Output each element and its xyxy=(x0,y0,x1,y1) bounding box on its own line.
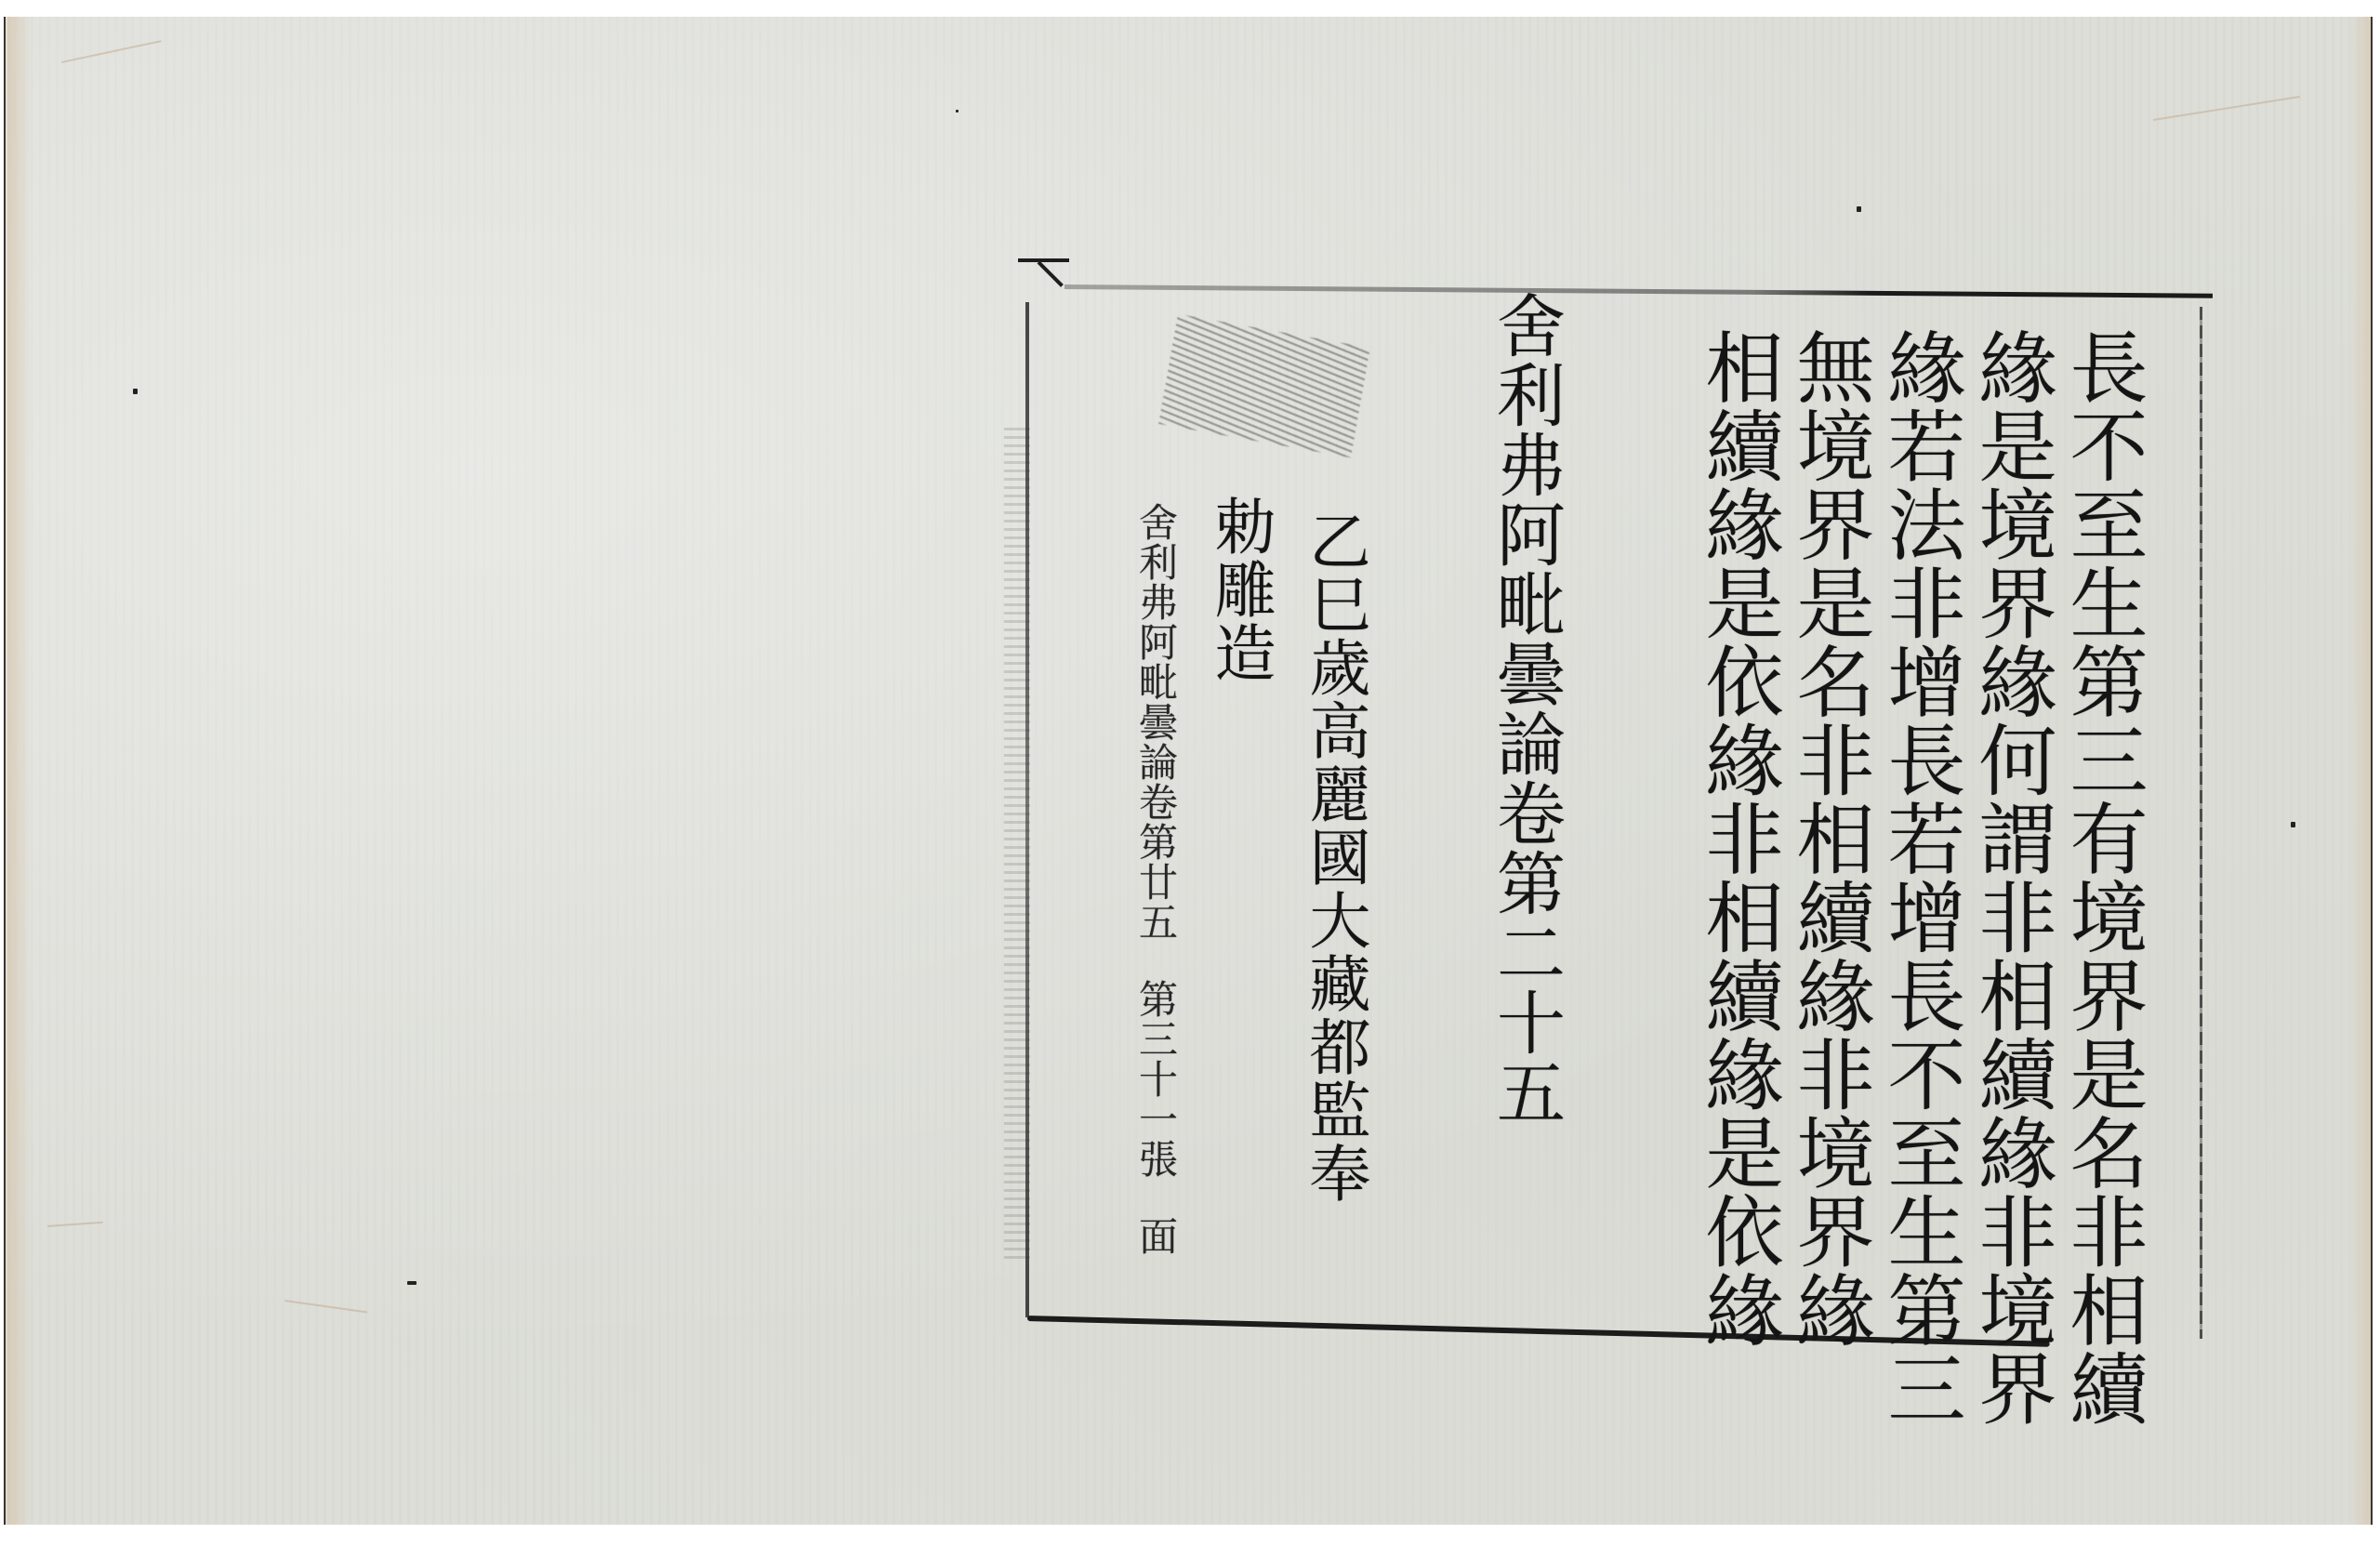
paper-edge-right xyxy=(2350,17,2371,1525)
paper-edge-left xyxy=(7,17,32,1525)
colophon-line-2: 勅雕造 xyxy=(1209,495,1270,684)
margin-note-side: 面 xyxy=(1133,1216,1179,1256)
text-column-5: 相續緣是依緣非相續緣是依緣 xyxy=(1699,327,1778,1349)
ink-speck xyxy=(2291,822,2295,827)
frame-corner-hook xyxy=(1018,258,1069,292)
margin-note: 舍利弗阿毗曇論卷第廿五第三十一張面 xyxy=(1136,502,1175,1256)
text-column-4: 無境界是名非相續緣非境界緣 xyxy=(1791,327,1869,1349)
paper-fiber xyxy=(61,40,162,63)
margin-note-sheet: 第三十一張 xyxy=(1133,979,1179,1179)
paper-fiber xyxy=(284,1300,367,1314)
ink-speck xyxy=(407,1281,416,1285)
scripture-title: 舍利弗阿毗曇論卷第二十五 xyxy=(1491,290,1560,1127)
ink-speck xyxy=(1857,206,1861,212)
ink-speck xyxy=(133,389,138,394)
text-column-3: 緣若法非增長若增長不至生第三 xyxy=(1882,327,1960,1427)
colophon-line-1: 乙巳歲高麗國大藏都監奉 xyxy=(1303,509,1365,1205)
text-column-1: 長不至生第三有境界是名非相續 xyxy=(2064,327,2142,1427)
margin-note-volume: 舍利弗阿毗曇論卷第廿五 xyxy=(1133,502,1179,942)
ink-speck xyxy=(956,110,959,112)
frame-left-line xyxy=(1025,302,1029,1317)
text-column-2: 緣是境界緣何謂非相續緣非境界 xyxy=(1973,327,2051,1427)
frame-right-line xyxy=(2200,307,2202,1339)
paper-fiber xyxy=(2153,96,2300,121)
paper-fiber xyxy=(47,1222,103,1227)
